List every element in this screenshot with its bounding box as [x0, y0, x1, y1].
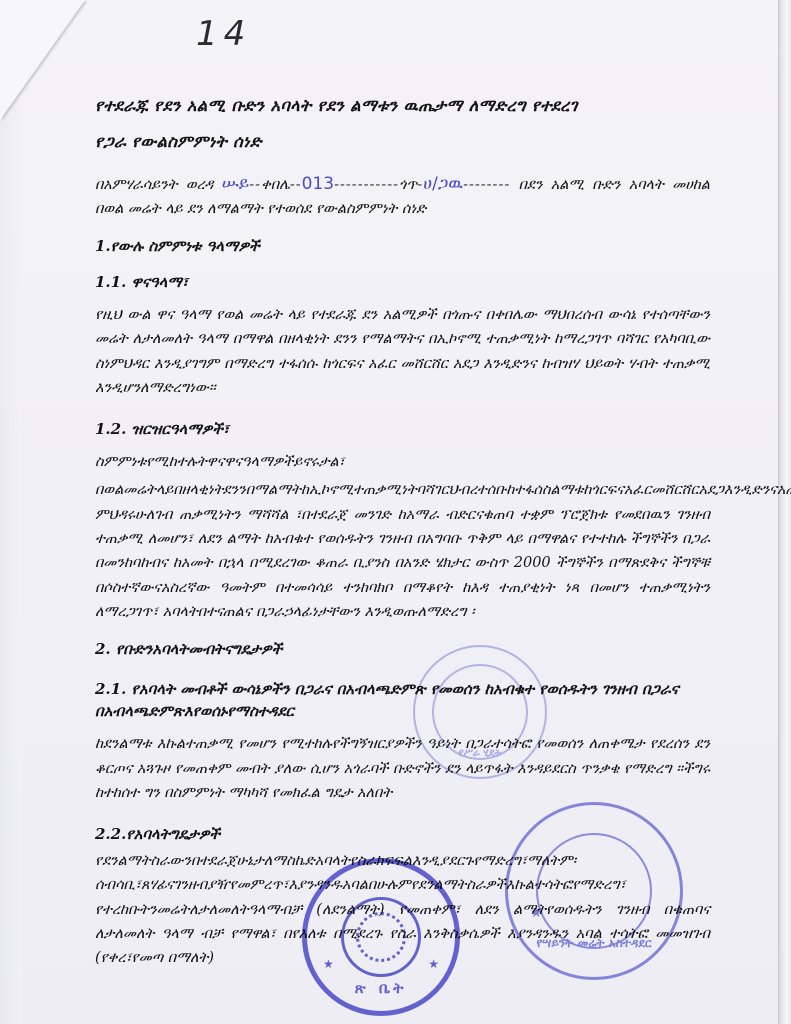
section-2-1-heading: 2.1. የአባላት መብቶች ውሳኔዎችን በጋራና በአብላጫድምጽ የመወ…	[95, 678, 710, 722]
star-icon: ★	[428, 957, 439, 971]
section-1-1-heading: 1.1. ዋናዓላማ፣	[95, 271, 710, 293]
handwritten-woreda: ሡይ	[222, 174, 250, 194]
document-title-line-2: የጋራ የውልስምምነት ሰነድ	[95, 124, 710, 160]
intro-paragraph: በአምሃራሳይንት ወረዳ ሡይ--ቀበሌ--013-----------ጎጥ-…	[95, 172, 710, 221]
dash-separator: --------	[463, 177, 510, 193]
office-seal-stamp: ★ ★ ጽ ቤት	[302, 858, 460, 1016]
dash-separator: --	[290, 177, 302, 193]
handwritten-got: ሀ/ጋዉ	[423, 174, 463, 194]
intro-suffix-1: በደን አልሚ	[519, 177, 584, 193]
stamp-text: ጽ ቤት	[355, 979, 408, 997]
dash-separator: --	[249, 177, 261, 193]
handwritten-kebele: 013	[302, 174, 334, 194]
emblem-icon	[356, 912, 406, 962]
got-label: ጎጥ	[399, 177, 417, 193]
section-1-1-body: የዚህ ውል ዋና ዓላማ የወል መሬት ላይ የተደራጁ ደን አልሚዎች …	[95, 303, 710, 400]
section-1-heading: 1.የውሉ ስምምነቱ ዓላማዎች	[95, 235, 710, 257]
stacked-page-edge	[778, 0, 791, 1024]
stamp-text: የሣይንት መሬት አስተዳደር	[536, 936, 651, 951]
section-1-2-lead: ስምምነቱየሚከተሉትዋናዋናዓላማዎችይኖሩታል፣	[95, 450, 710, 474]
handwritten-page-number: 14	[196, 14, 251, 54]
section-1-2-heading: 1.2. ዝርዝርዓላማዎች፣	[95, 418, 710, 440]
section-1-2-body: በወልመሬትላይበዘላቂነትደንንበማልማትከኢኮኖሚተጠቃሚነትባሻገርህብረ…	[95, 478, 710, 624]
kebele-label: ቀበሌ	[261, 177, 290, 193]
stamp-text: የሥራ ሂደት	[459, 748, 501, 759]
stamp-inner-ring	[432, 664, 528, 760]
land-administration-stamp: ★ የሣይንት መሬት አስተዳደር	[505, 802, 683, 980]
page-left-shadow	[0, 0, 22, 1024]
folded-corner	[0, 0, 85, 120]
intro-prefix: በአምሃራሳይንት ወረዳ	[95, 177, 213, 193]
star-icon: ★	[530, 905, 543, 921]
section-2-heading: 2. የቡድንአባላትመብትናግዴታዎች	[95, 638, 710, 660]
dash-separator: -----------	[334, 177, 399, 193]
star-icon: ★	[323, 957, 334, 971]
stamp-inner-ring	[536, 833, 652, 949]
section-2-1-body: ከደንልማቱ እኩልተጠቃሚ የመሆን የሚተከሉየችግኝዝርያዎችን ዓይነት…	[95, 732, 710, 805]
document-title-line-1: የተደራጁ የደን አልሚ ቡድን አባላት የደን ልማቱን ዉጤታማ ለማድ…	[95, 88, 710, 124]
faint-round-stamp: የሥራ ሂደት	[413, 645, 547, 779]
